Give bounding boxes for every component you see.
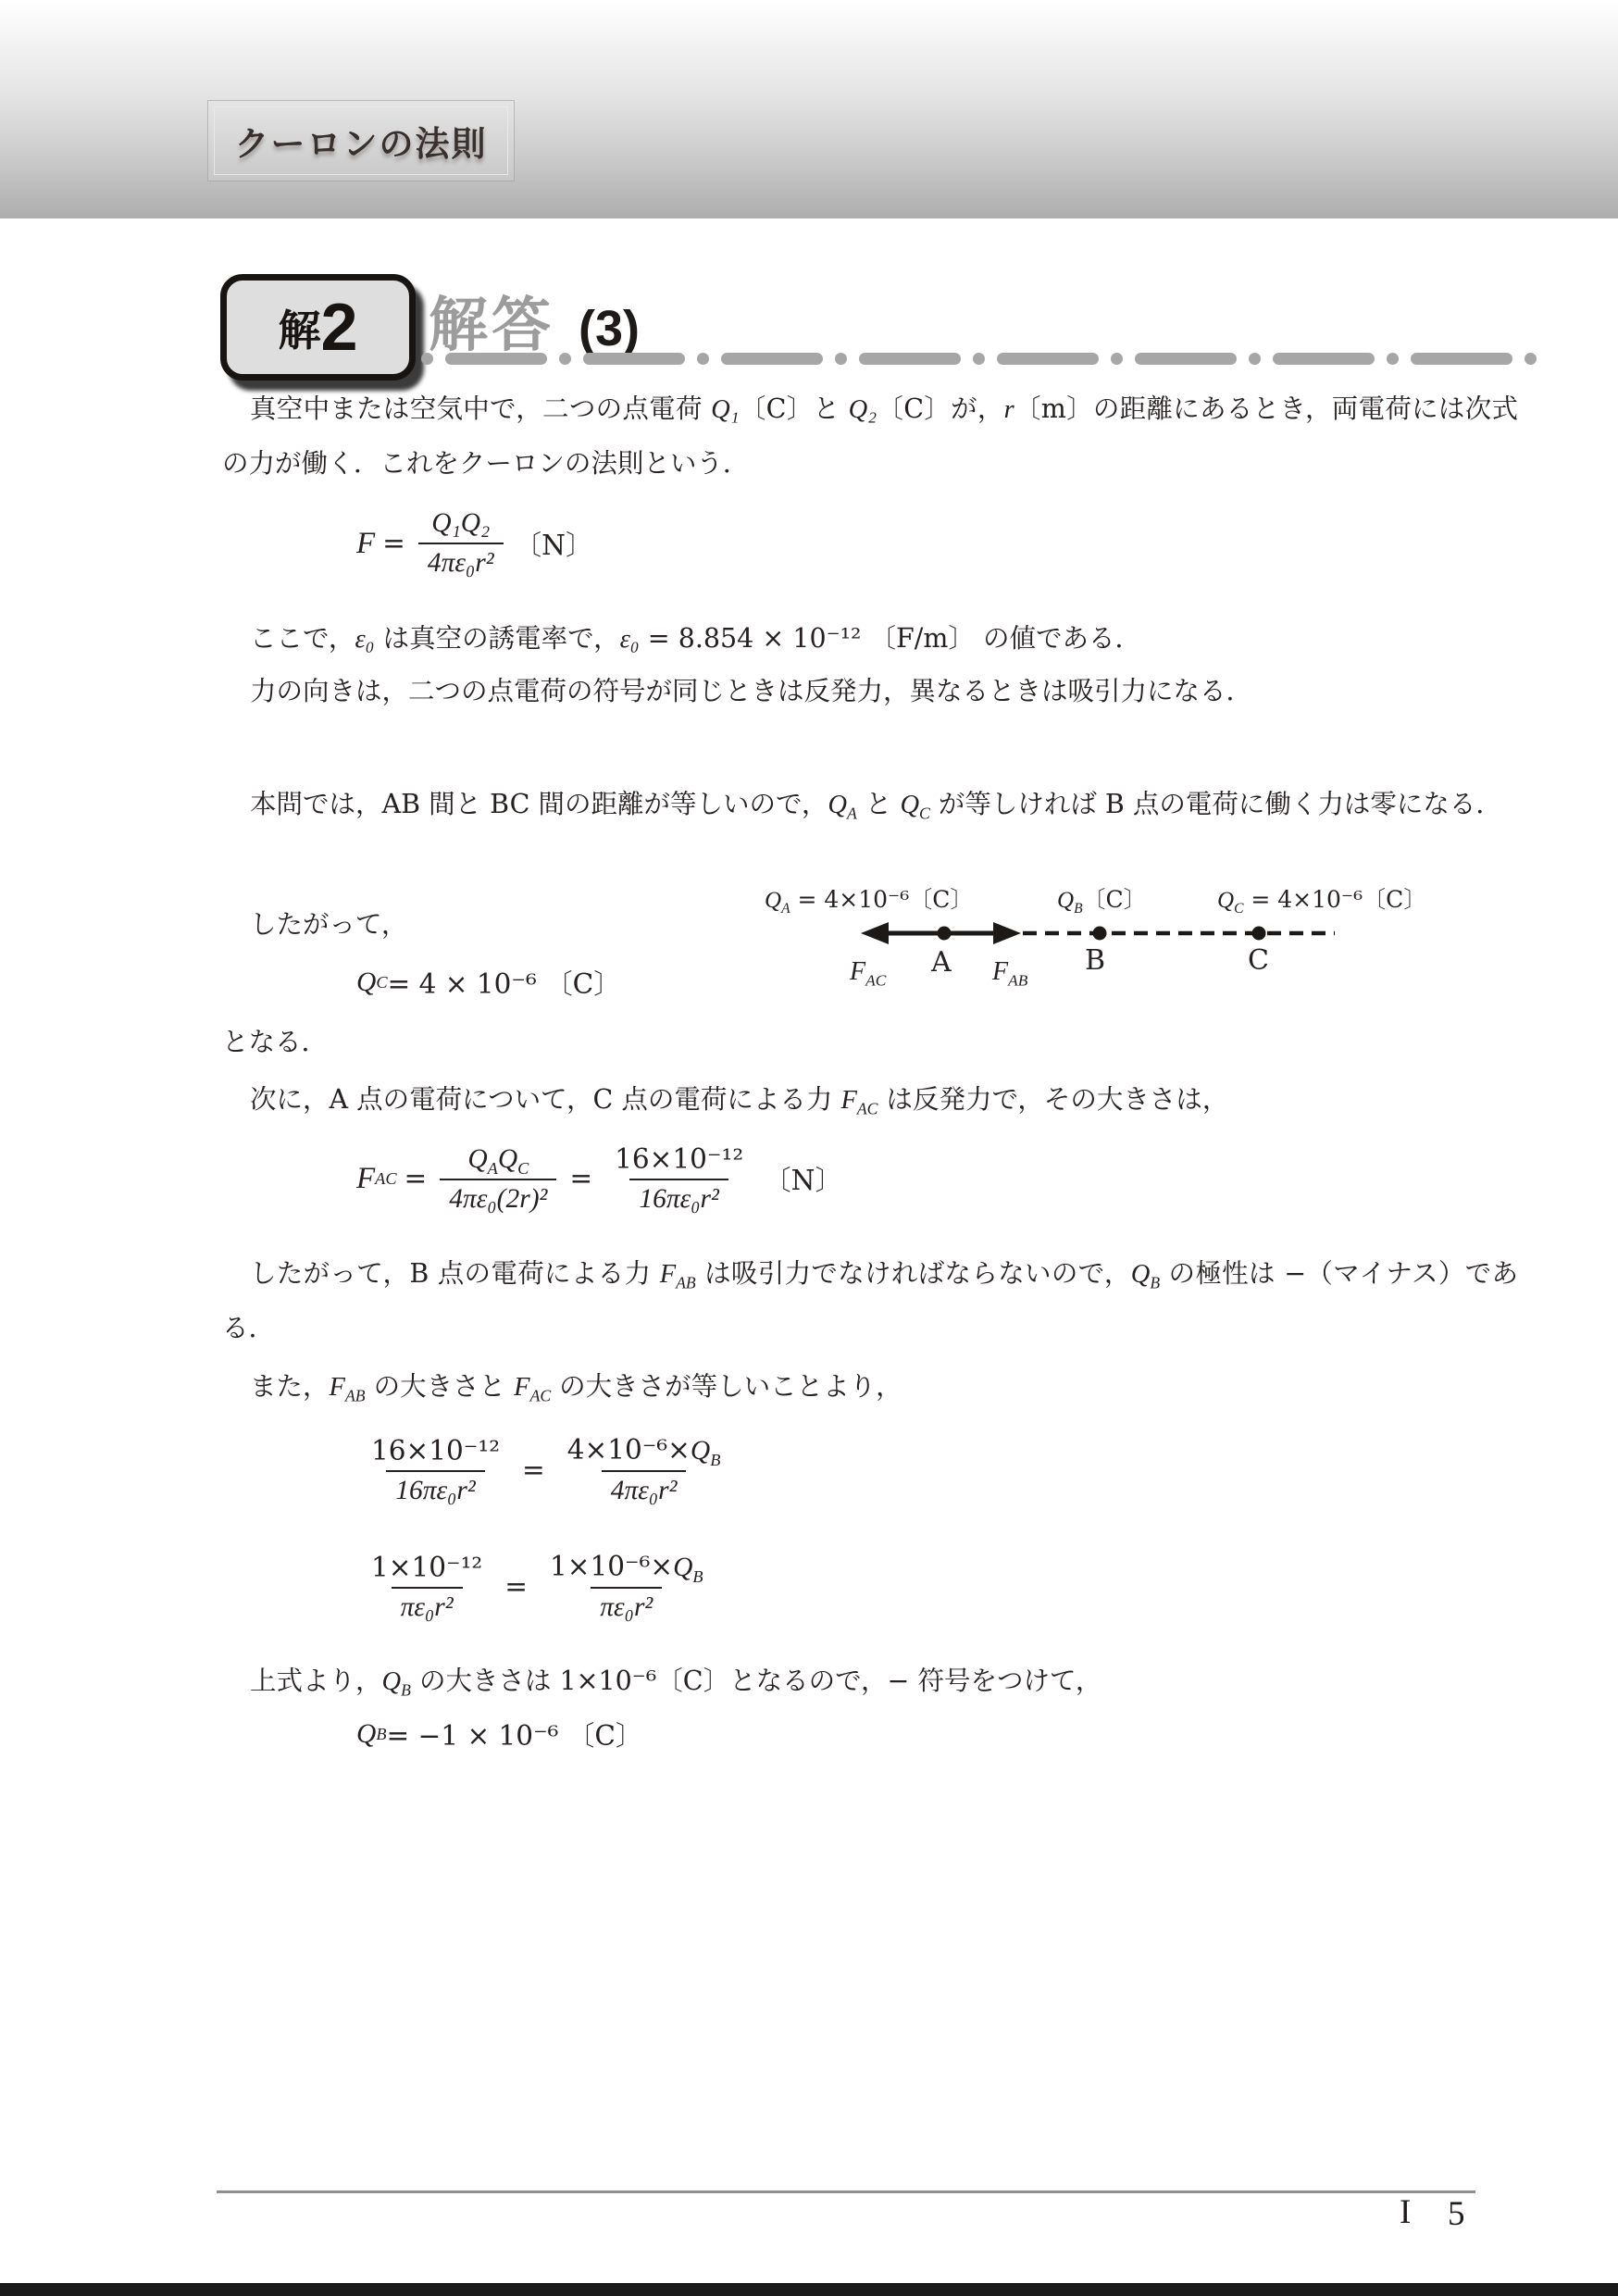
solution-badge-number: 2 <box>320 294 357 361</box>
label-force-FAB: FAB <box>992 955 1027 987</box>
label-point-C: C <box>1248 944 1269 977</box>
formula-coulomb-force: F = Q₁Q₂ 4πε₀r² 〔N〕 <box>356 508 592 579</box>
equation-qc: QC = 4 × 10⁻⁶ 〔C〕 <box>356 963 621 1002</box>
equation-qb-result: QB = −1 × 10⁻⁶ 〔C〕 <box>356 1715 642 1753</box>
label-QC-value: QC = 4×10⁻⁶〔C〕 <box>1217 881 1426 915</box>
section-title-part: (3) <box>579 300 640 357</box>
equation-balance-2: 1×10⁻¹² πε₀r² = 1×10⁻⁶×QB πε₀r² <box>356 1551 718 1623</box>
solution-badge: 解 2 <box>220 274 416 381</box>
dashed-divider <box>421 353 1537 365</box>
point-dot-c <box>1252 927 1266 941</box>
paragraph-fab-attractive: したがって，B 点の電荷による力 FAB は吸引力でなければならないので，QB … <box>222 1247 1518 1355</box>
page-bottom-edge <box>0 2283 1618 2296</box>
arrowhead-right <box>993 922 1021 944</box>
var-FAC: F <box>514 1373 529 1402</box>
label-QA-value: QA = 4×10⁻⁶〔C〕 <box>765 881 973 915</box>
var-F: F <box>356 527 375 561</box>
var-FAB: F <box>660 1260 676 1289</box>
var-QC: Q <box>356 967 376 998</box>
paragraph-therefore: したがって， <box>222 898 741 952</box>
var-r: r <box>1004 395 1014 424</box>
equation-balance-1: 16×10⁻¹² 16πε₀r² = 4×10⁻⁶×QB 4πε₀r² <box>356 1434 735 1506</box>
label-force-FAC: FAC <box>850 955 886 987</box>
chapter-title-box: クーロンの法則 <box>207 100 515 181</box>
var-FAC: F <box>840 1086 856 1115</box>
var-eps0: ε₀ <box>620 625 640 654</box>
fraction: 4×10⁻⁶×QB 4πε₀r² <box>558 1434 730 1506</box>
fraction: 1×10⁻⁶×QB πε₀r² <box>541 1551 713 1623</box>
paragraph-coulomb-law-intro: 真空中または空気中で，二つの点電荷 Q₁〔C〕と Q₂〔C〕が，r〔m〕の距離に… <box>222 382 1518 491</box>
fraction: 16×10⁻¹² 16πε₀r² <box>362 1435 509 1506</box>
var-QB: Q <box>382 1667 402 1696</box>
paragraph-problem-setup: 本問では，AB 間と BC 間の距離が等しいので，QA と QC が等しければ … <box>222 778 1518 832</box>
paragraph-next-fac: 次に，A 点の電荷について，C 点の電荷による力 FAC は反発力で，その大きさ… <box>222 1073 1518 1128</box>
paragraph-force-direction: 力の向きは，二つの点電荷の符号が同じときは反発力，異なるときは吸引力になる． <box>222 665 1518 718</box>
point-dot-a <box>938 927 952 941</box>
formula-fac: FAC = QAQC 4πε₀(2r)² = 16×10⁻¹² 16πε₀r² … <box>356 1142 842 1215</box>
chapter-title: クーロンの法則 <box>235 116 488 166</box>
fraction: 1×10⁻¹² πε₀r² <box>362 1552 492 1623</box>
paragraph-tonaru: となる． <box>222 1016 741 1069</box>
point-dot-b <box>1093 927 1107 941</box>
footer-page-number: 5 <box>1448 2194 1465 2234</box>
fraction: Q₁Q₂ 4πε₀r² <box>418 508 504 579</box>
fraction: QAQC 4πε₀(2r)² <box>440 1142 556 1215</box>
var-QB: Q <box>356 1719 376 1750</box>
var-FAB: F <box>330 1373 345 1402</box>
section-title: 解答 (3) <box>429 278 640 363</box>
paragraph-conclusion: 上式より，QB の大きさは 1×10⁻⁶〔C〕となるので，− 符号をつけて， <box>222 1654 1518 1709</box>
paragraph-permittivity: ここで，ε₀ は真空の誘電率で，ε₀ = 8.854 × 10⁻¹² 〔F/m〕… <box>222 612 1518 667</box>
footer-divider <box>217 2190 1475 2193</box>
var-eps0: ε₀ <box>355 625 374 654</box>
var-Q1: Q₁ <box>711 395 740 424</box>
section-title-main: 解答 <box>429 278 554 363</box>
var-QB: Q <box>1131 1260 1151 1289</box>
unit-newton: 〔N〕 <box>515 524 593 563</box>
var-Q2: Q₂ <box>849 395 877 424</box>
var-QA: Q <box>828 791 847 819</box>
var-QC: Q <box>900 791 919 819</box>
arrowhead-left <box>861 922 889 944</box>
header-gradient-band: クーロンの法則 <box>0 0 1618 218</box>
fraction: 16×10⁻¹² 16πε₀r² <box>605 1143 753 1215</box>
var-FAC: F <box>356 1162 375 1196</box>
label-point-B: B <box>1085 944 1105 977</box>
charge-line-diagram: QA = 4×10⁻⁶〔C〕 QB〔C〕 QC = 4×10⁻⁶〔C〕 FAC … <box>759 876 1490 1029</box>
unit-newton: 〔N〕 <box>764 1159 842 1198</box>
label-point-A: A <box>931 946 952 979</box>
paragraph-magnitudes-equal: また，FAB の大きさと FAC の大きさが等しいことより， <box>222 1360 1518 1415</box>
textbook-page: クーロンの法則 解 2 解答 (3) 真空中または空気中で，二つの点電荷 Q₁〔… <box>0 0 1618 2296</box>
footer-chapter-marker: I <box>1400 2192 1411 2232</box>
solution-badge-kanji: 解 <box>278 297 320 358</box>
label-QB: QB〔C〕 <box>1057 881 1147 915</box>
